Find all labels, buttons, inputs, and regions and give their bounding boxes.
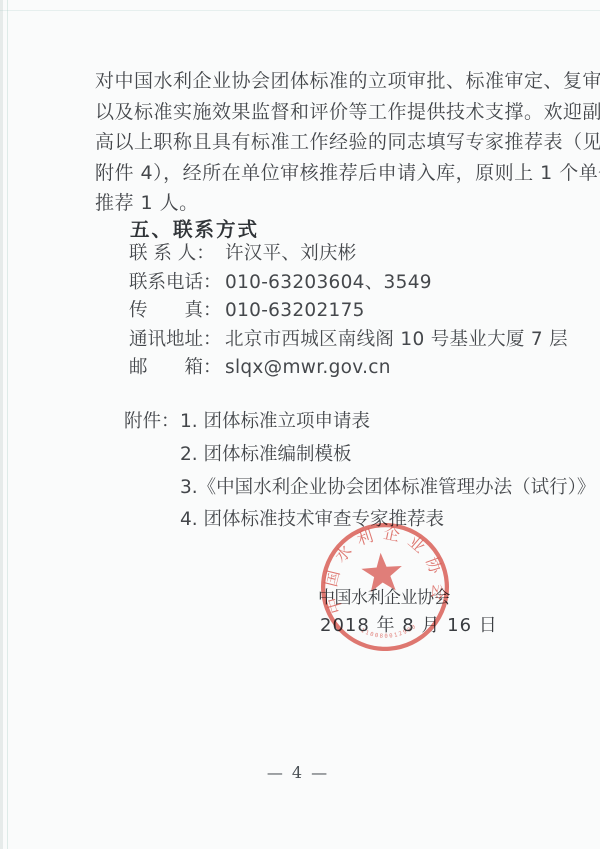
contact-value: 010-63203604、3549 [225,269,432,298]
attachment-row: 附件： 1. 团体标准立项申请表 [124,406,574,439]
contact-value: 北京市西城区南线阁 10 号基业大厦 7 层 [225,326,568,355]
attachment-item: 1. 团体标准立项申请表 [180,406,370,439]
contact-row-person: 联 系 人： 许汉平、刘庆彬 [129,240,569,269]
section-heading-contact: 五、联系方式 [130,214,259,242]
attachment-item: 3.《中国水利企业协会团体标准管理办法（试行）》 [180,472,574,505]
paragraph-line: 附件 4），经所在单位审核推荐后申请入库，原则上 1 个单位 [95,158,565,189]
contact-label: 通讯地址： [129,326,225,355]
paragraph-line: 高以上职称且具有标准工作经验的同志填写专家推荐表（见 [95,127,565,158]
scan-line-artifact-horizontal [0,10,600,11]
contact-label: 传 真： [129,297,225,326]
scan-edge-artifact [0,0,3,849]
contact-row-address: 通讯地址： 北京市西城区南线阁 10 号基业大厦 7 层 [129,326,569,355]
attachments-label: 附件： [124,406,180,439]
contact-row-fax: 传 真： 010-63202175 [129,297,569,326]
contact-label: 联 系 人： [129,240,225,269]
contact-value: 许汉平、刘庆彬 [225,240,357,269]
seal-star-icon [360,551,403,592]
paragraph-line: 以及标准实施效果监督和评价等工作提供技术支撑。欢迎副 [95,97,565,128]
seal-serial-number: 110080012900 [359,623,419,642]
page-number: — 4 — [238,763,358,782]
paragraph-line: 对中国水利企业协会团体标准的立项审批、标准审定、复审 [95,66,565,97]
contact-row-phone: 联系电话： 010-63203604、3549 [129,269,569,298]
contact-info-block: 联 系 人： 许汉平、刘庆彬 联系电话： 010-63203604、3549 传… [129,240,569,383]
contact-label: 联系电话： [129,269,225,298]
contact-row-email: 邮 箱： slqx@mwr.gov.cn [129,354,569,383]
document-page: 对中国水利企业协会团体标准的立项审批、标准审定、复审 以及标准实施效果监督和评价… [0,0,600,849]
scan-line-artifact-vertical [7,0,8,849]
body-paragraph: 对中国水利企业协会团体标准的立项审批、标准审定、复审 以及标准实施效果监督和评价… [95,66,565,219]
contact-value: slqx@mwr.gov.cn [225,354,391,383]
official-seal: 中国水利企业协会 110080012900 [309,511,461,663]
attachment-item: 2. 团体标准编制模板 [180,439,574,472]
contact-value: 010-63202175 [225,297,365,326]
contact-label: 邮 箱： [129,354,225,383]
